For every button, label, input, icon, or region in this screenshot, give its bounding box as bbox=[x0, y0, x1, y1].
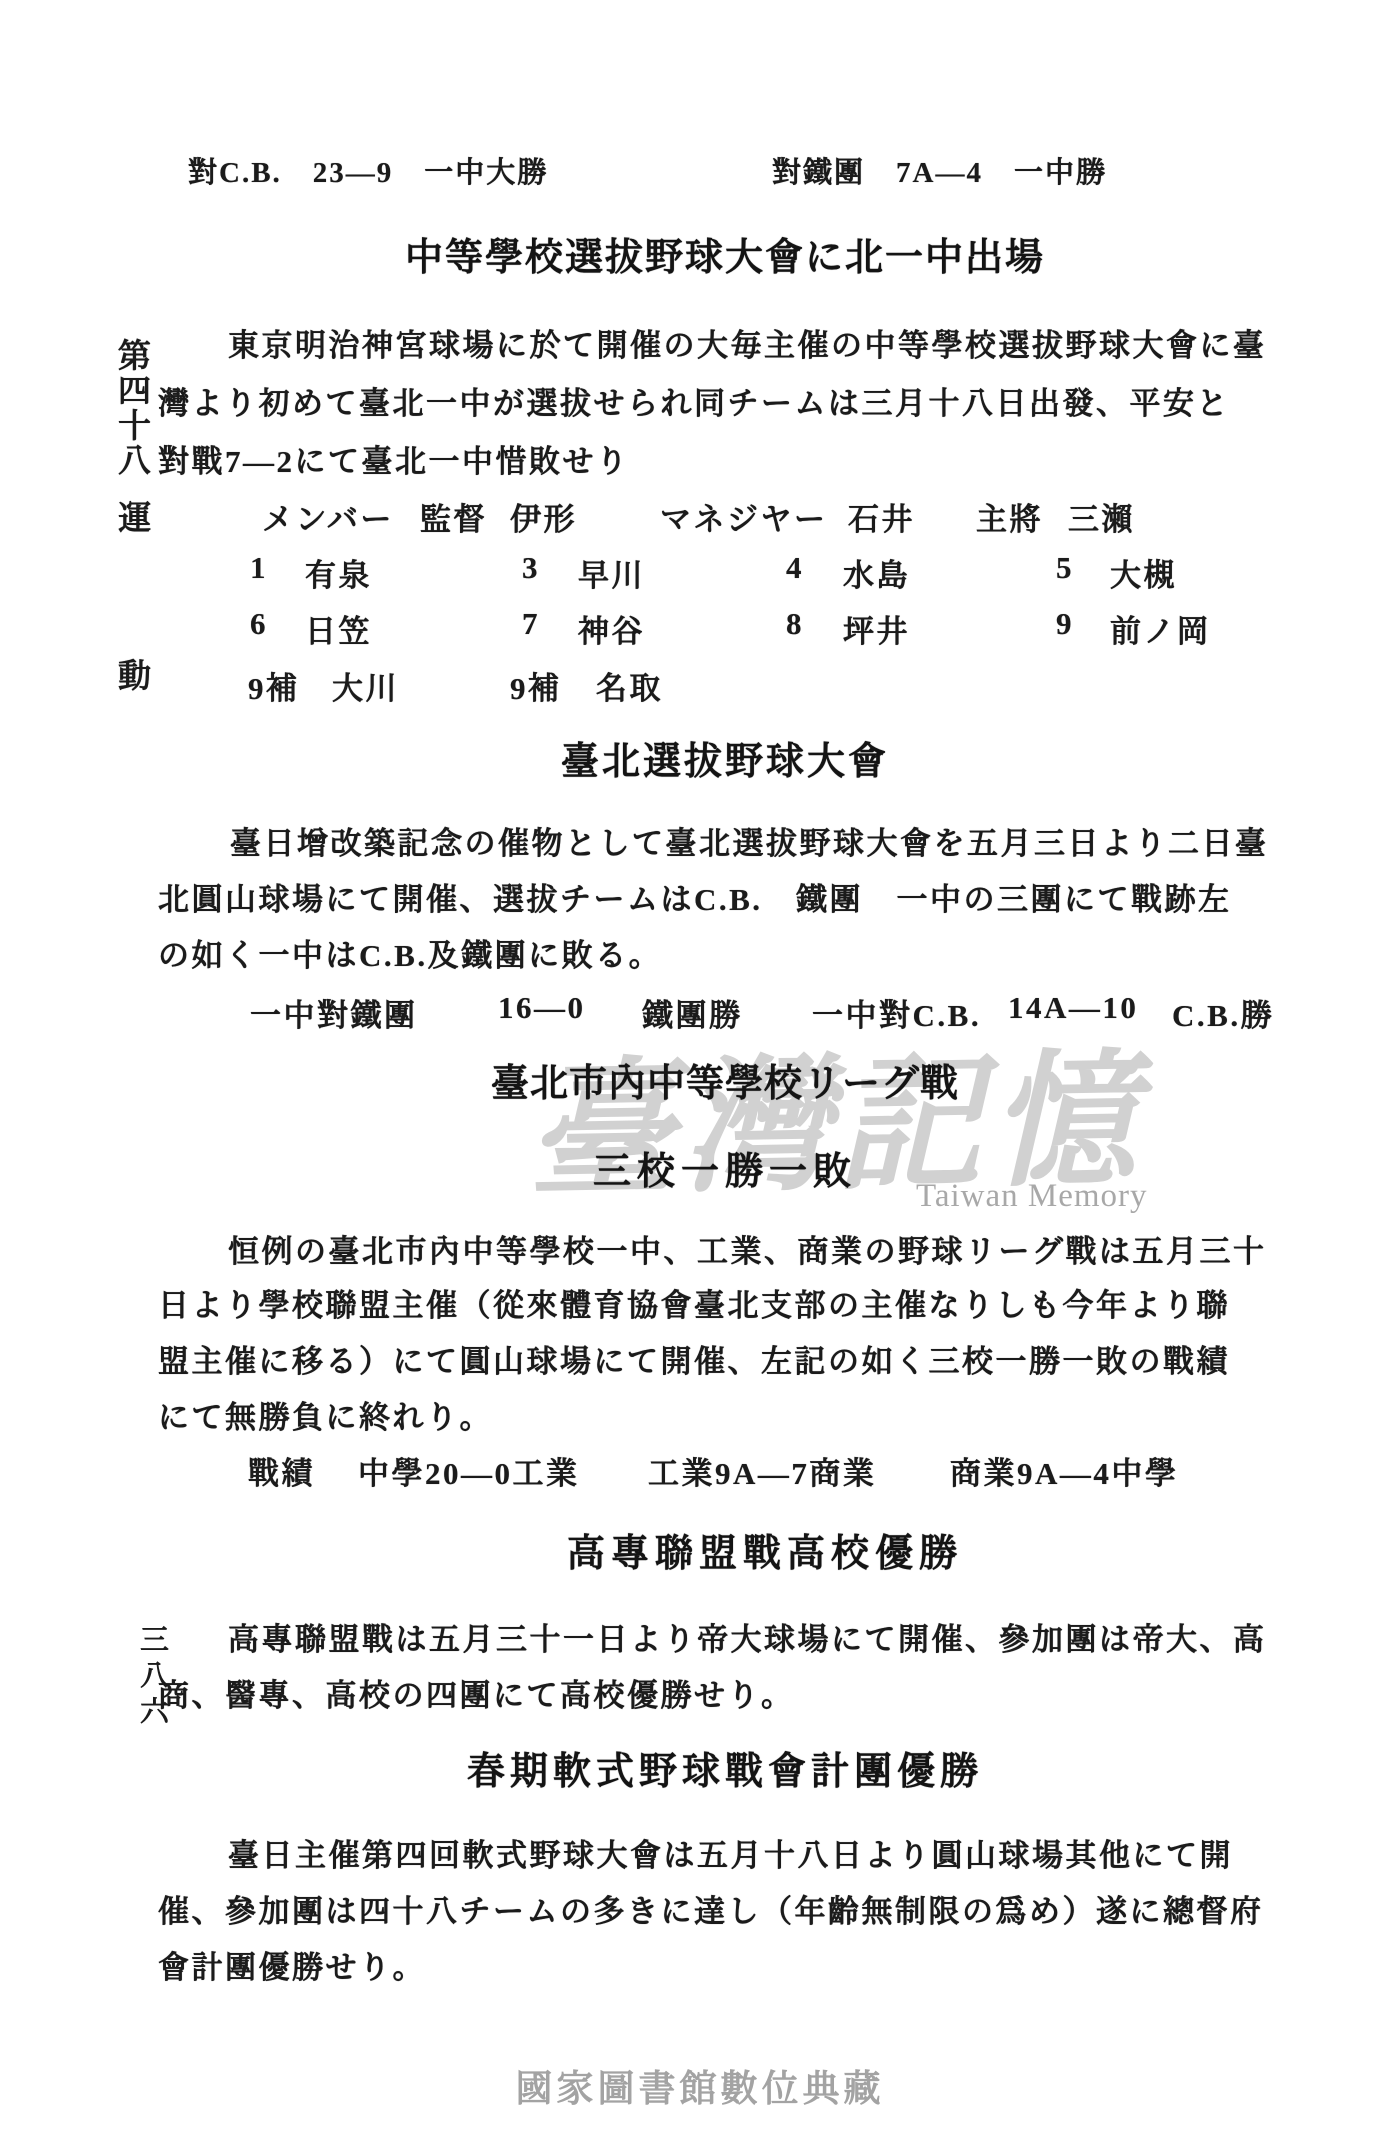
results-label: 戰績 bbox=[248, 1448, 315, 1493]
section1-para-line2: 灣より初めて臺北一中が選拔せられ同チームは三月十八日出發、平安と bbox=[158, 378, 1230, 423]
section2-para-line2: 北圓山球場にて開催、選拔チームはC.B. 鐵團 一中の三團にて戰跡左 bbox=[158, 874, 1232, 919]
roster-number: 6 bbox=[250, 606, 268, 642]
roster-role-captain: 主將 bbox=[976, 494, 1043, 539]
roster-name: 大川 bbox=[332, 663, 399, 708]
roster-number: 3 bbox=[522, 550, 540, 586]
section2-para-line3: の如く一中はC.B.及鐵團に敗る。 bbox=[158, 930, 662, 975]
section2-para-line1: 臺日增改築記念の催物として臺北選拔野球大會を五月三日より二日臺 bbox=[230, 818, 1269, 863]
margin-chapter-label: 第四十八 bbox=[108, 338, 155, 478]
roster-label-members: メンバー bbox=[262, 494, 394, 539]
section5-para-line1: 臺日主催第四回軟式野球大會は五月十八日より圓山球場其他にて開 bbox=[228, 1830, 1233, 1875]
roster-number: 4 bbox=[786, 550, 804, 586]
roster-number: 9 bbox=[1056, 606, 1074, 642]
result-score: 中學20—0工業 bbox=[358, 1448, 580, 1493]
result-score: 14A—10 bbox=[1008, 990, 1138, 1026]
roster-name: 水島 bbox=[843, 550, 910, 595]
margin-section-label-1: 運 bbox=[108, 500, 155, 535]
score-line-tetsudan: 對鐵團 7A—4 一中勝 bbox=[772, 150, 1107, 191]
scanned-document-page: 臺灣記憶 Taiwan Memory 第四十八 運 動 三八六 對C.B. 23… bbox=[0, 0, 1400, 2130]
roster-name-teammanager: 石井 bbox=[848, 494, 915, 539]
roster-name: 大槻 bbox=[1110, 550, 1177, 595]
roster-name: 有泉 bbox=[305, 550, 372, 595]
roster-name: 神谷 bbox=[578, 606, 645, 651]
result-match: 一中對C.B. bbox=[812, 990, 981, 1035]
section5-para-line3: 會計團優勝せり。 bbox=[158, 1942, 426, 1987]
section2-title: 臺北選拔野球大會 bbox=[160, 730, 1290, 785]
roster-number: 7 bbox=[522, 606, 540, 642]
section4-title: 高專聯盟戰高校優勝 bbox=[200, 1522, 1330, 1577]
section4-para-line2: 商、醫專、高校の四團にて高校優勝せり。 bbox=[158, 1670, 795, 1715]
result-score: 16—0 bbox=[498, 990, 586, 1026]
roster-number: 9補 bbox=[248, 663, 300, 708]
margin-section-label-2: 動 bbox=[108, 658, 155, 693]
section5-para-line2: 催、參加團は四十八チームの多きに達し（年齡無制限の爲め）遂に總督府 bbox=[158, 1886, 1264, 1931]
section3-para-line4: にて無勝負に終れり。 bbox=[158, 1392, 493, 1437]
library-footer-watermark: 國家圖書館數位典藏 bbox=[0, 2058, 1400, 2112]
roster-role-teammanager: マネジヤー bbox=[660, 494, 828, 539]
roster-number: 1 bbox=[250, 550, 268, 586]
roster-name-captain: 三瀨 bbox=[1068, 494, 1135, 539]
roster-role-manager: 監督 bbox=[420, 494, 487, 539]
result-match: 一中對鐵團 bbox=[250, 990, 418, 1035]
section3-para-line2: 日より學校聯盟主催（從來體育協會臺北支部の主催なりしも今年より聯 bbox=[158, 1280, 1230, 1325]
section3-para-line1: 恒例の臺北市內中等學校一中、工業、商業の野球リーグ戰は五月三十 bbox=[228, 1226, 1267, 1271]
roster-name: 日笠 bbox=[305, 606, 372, 651]
section5-title: 春期軟式野球戰會計團優勝 bbox=[160, 1740, 1290, 1795]
roster-name: 前ノ岡 bbox=[1110, 606, 1211, 651]
roster-name: 早川 bbox=[578, 550, 645, 595]
roster-name: 名取 bbox=[596, 663, 663, 708]
result-score: 商業9A—4中學 bbox=[950, 1448, 1178, 1493]
section4-para-line1: 高專聯盟戰は五月三十一日より帝大球場にて開催、參加團は帝大、高 bbox=[228, 1614, 1267, 1659]
section1-para-line1: 東京明治神宮球場に於て開催の大毎主催の中等學校選拔野球大會に臺 bbox=[228, 320, 1267, 365]
roster-number: 8 bbox=[786, 606, 804, 642]
section3-para-line3: 盟主催に移る）にて圓山球場にて開催、左記の如く三校一勝一敗の戰績 bbox=[158, 1336, 1230, 1381]
roster-number: 9補 bbox=[510, 663, 562, 708]
result-winner: C.B.勝 bbox=[1172, 990, 1274, 1035]
section1-title: 中等學校選拔野球大會に北一中出場 bbox=[160, 226, 1290, 281]
result-score: 工業9A—7商業 bbox=[648, 1448, 876, 1493]
roster-number: 5 bbox=[1056, 550, 1074, 586]
roster-name: 坪井 bbox=[843, 606, 910, 651]
section3-title: 臺北市內中等學校リーグ戰 bbox=[160, 1052, 1290, 1107]
score-line-cb: 對C.B. 23—9 一中大勝 bbox=[188, 150, 548, 191]
section3-subtitle: 三校一勝一敗 bbox=[160, 1140, 1290, 1195]
result-winner: 鐵團勝 bbox=[642, 990, 743, 1035]
roster-name-manager: 伊形 bbox=[510, 494, 577, 539]
section1-para-line3: 對戰7—2にて臺北一中惜敗せり bbox=[158, 436, 630, 481]
